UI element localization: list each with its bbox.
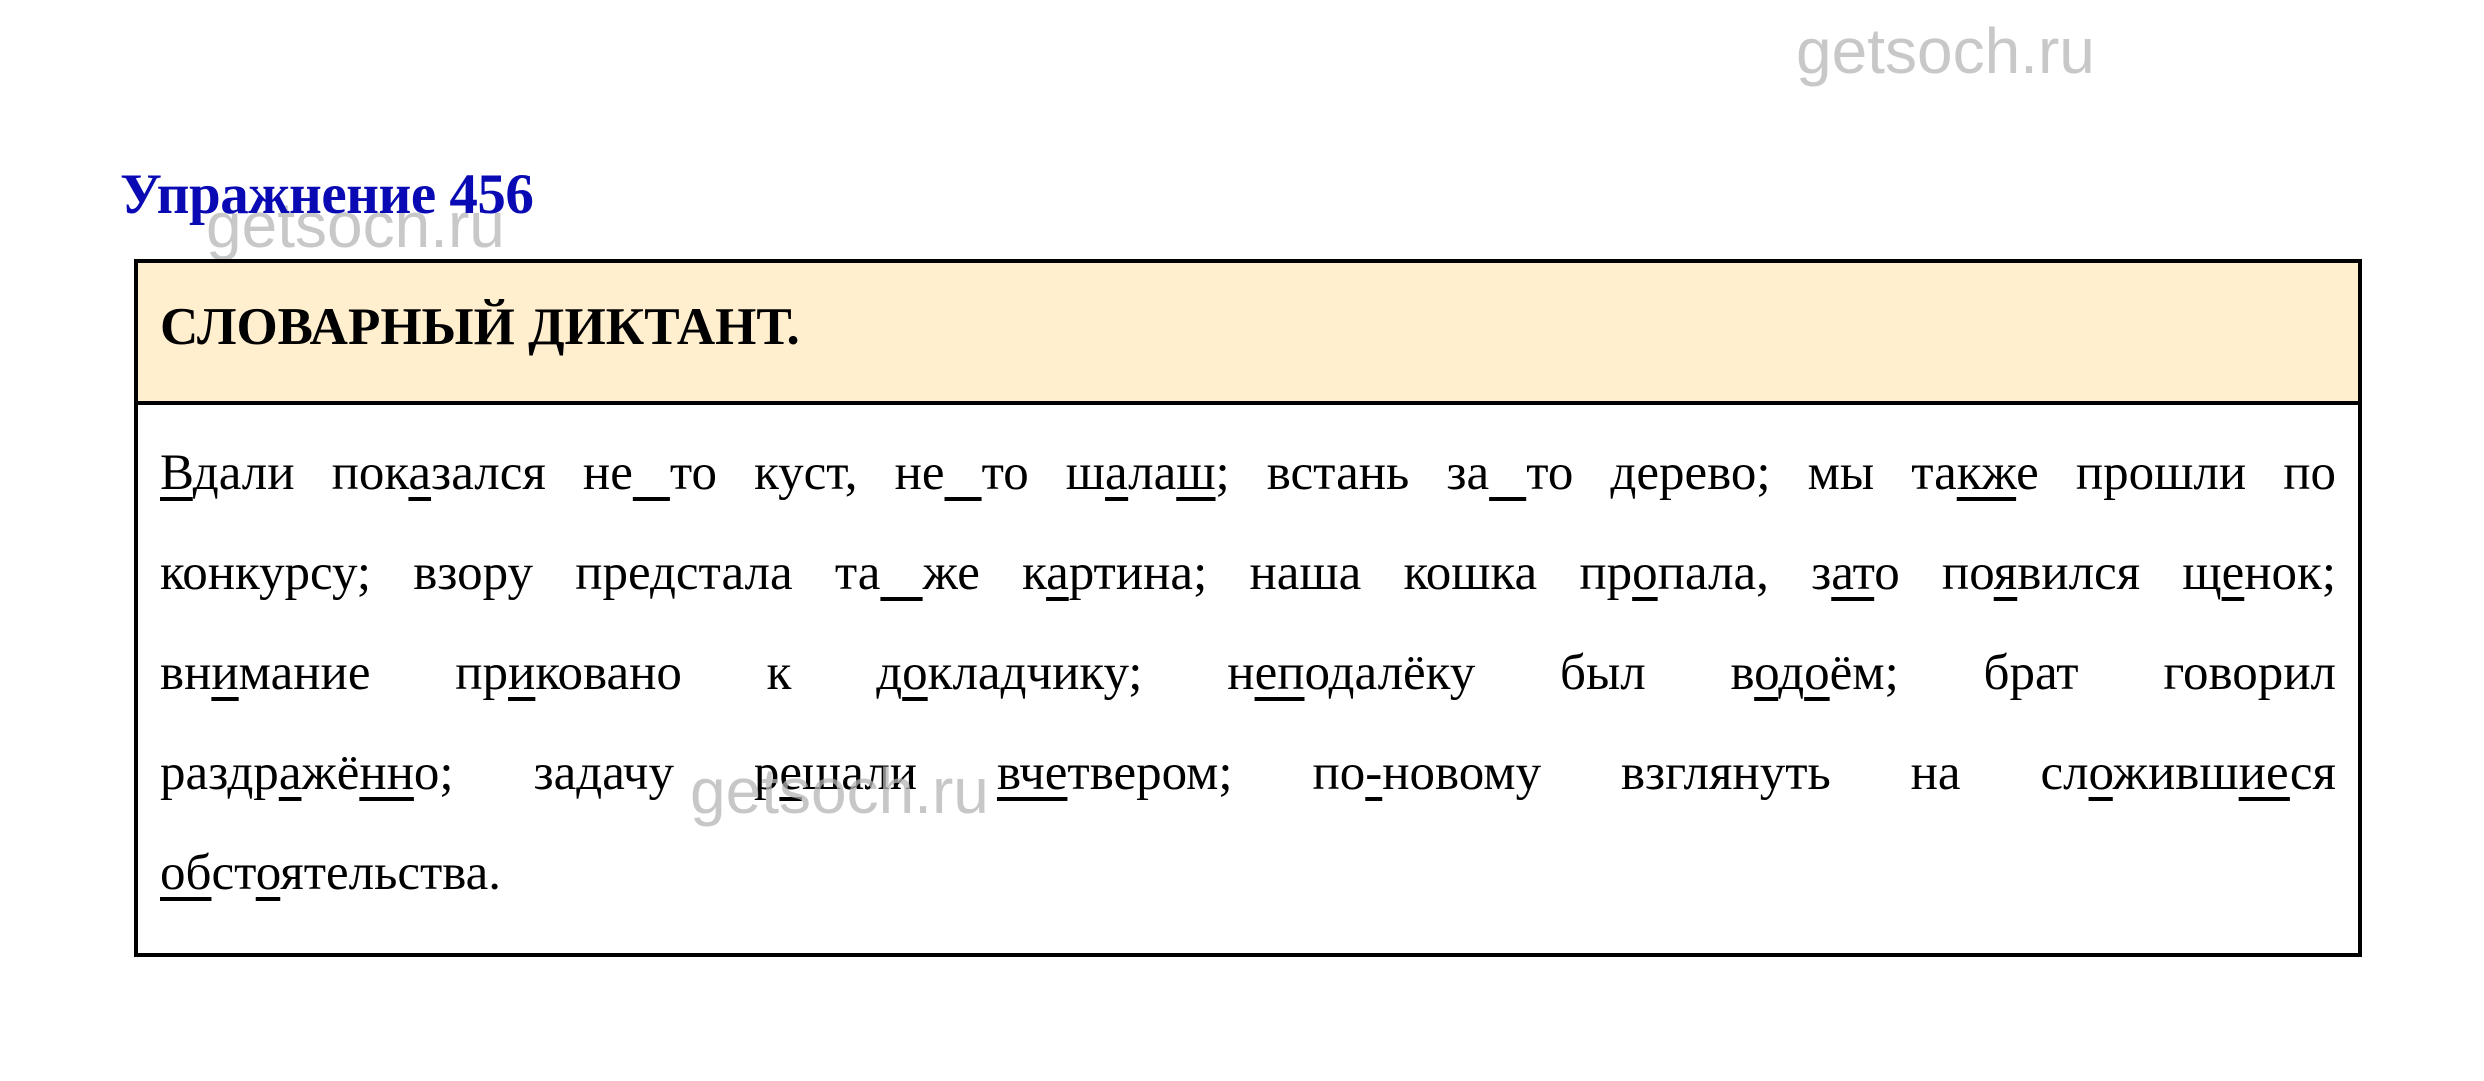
text-segment: ятельства. xyxy=(280,845,501,901)
orthogram-underline: о xyxy=(2089,745,2113,801)
orthogram-underline: о xyxy=(902,645,928,701)
text-segment: е прошли по xyxy=(2016,445,2336,501)
text-line: внимание приковано к докладчику; неподал… xyxy=(160,623,2336,723)
orthogram-underline: еп xyxy=(1255,645,1305,701)
orthogram-underline: кж xyxy=(1957,445,2016,501)
text-segment: ртина; наша кошка пр xyxy=(1069,545,1632,601)
orthogram-underline: В xyxy=(160,445,193,501)
orthogram-underline: ш xyxy=(1176,445,1215,501)
text-line: обстоятельства. xyxy=(160,823,2336,923)
text-segment: ковано к д xyxy=(535,645,902,701)
text-segment: ст xyxy=(211,845,255,901)
text-segment: д xyxy=(1778,645,1804,701)
text-segment: твером; по xyxy=(1067,745,1365,801)
text-segment: о по xyxy=(1874,545,1994,601)
text-segment: раздр xyxy=(160,745,279,801)
text-line: конкурсу; взору предстала та же картина;… xyxy=(160,523,2336,623)
orthogram-underline: о xyxy=(1804,645,1830,701)
text-segment: пала, з xyxy=(1658,545,1832,601)
text-segment: конкурсу; взору пре xyxy=(160,545,650,601)
text-line: раздражённо; задачу решали вчетвером; по… xyxy=(160,723,2336,823)
orthogram-underline: о xyxy=(256,845,281,901)
orthogram-underline: и xyxy=(211,645,238,701)
text-segment: о; задачу р xyxy=(414,745,779,801)
text-segment: новому взглянуть на сл xyxy=(1382,745,2088,801)
orthogram-underline: а xyxy=(1046,545,1069,601)
text-segment: дали пок xyxy=(193,445,409,501)
text-segment: кладчику; н xyxy=(928,645,1255,701)
text-line: Вдали показался не то куст, не то шалаш;… xyxy=(160,423,2336,523)
orthogram-underline: о xyxy=(1632,545,1658,601)
text-segment: мание пр xyxy=(239,645,508,701)
task-header-text: СЛОВАРНЫЙ ДИКТАНТ. xyxy=(160,295,800,359)
text-segment: жё xyxy=(301,745,359,801)
text-segment: нок; xyxy=(2244,545,2336,601)
task-box: СЛОВАРНЫЙ ДИКТАНТ. Вдали показался не то… xyxy=(134,259,2362,957)
orthogram-underline xyxy=(1489,445,1526,501)
orthogram-underline xyxy=(945,445,982,501)
text-segment: ; встань за xyxy=(1216,445,1490,501)
text-segment: то дерево; мы та xyxy=(1526,445,1957,501)
text-segment: живш xyxy=(2113,745,2239,801)
text-segment: же к xyxy=(923,545,1046,601)
text-segment: ём; брат говорил xyxy=(1830,645,2336,701)
orthogram-underline: вче xyxy=(997,745,1067,801)
orthogram-underline: я xyxy=(1994,545,2017,601)
text-segment: зался не xyxy=(431,445,633,501)
text-segment: вн xyxy=(160,645,211,701)
orthogram-underline: д xyxy=(650,545,676,601)
watermark-top: getsoch.ru xyxy=(1796,16,2095,86)
orthogram-underline: а xyxy=(408,445,431,501)
orthogram-underline: о xyxy=(1754,645,1778,701)
text-segment: ла xyxy=(1128,445,1176,501)
exercise-title: Упражнение 456 xyxy=(120,160,533,230)
orthogram-underline: а xyxy=(1105,445,1128,501)
orthogram-underline xyxy=(633,445,670,501)
text-segment: ся xyxy=(2290,745,2336,801)
orthogram-underline: е xyxy=(779,745,802,801)
text-segment: одалёку был в xyxy=(1305,645,1755,701)
orthogram-underline: об xyxy=(160,845,211,901)
text-segment: то ш xyxy=(982,445,1105,501)
orthogram-underline: ат xyxy=(1831,545,1874,601)
orthogram-underline: е xyxy=(2222,545,2245,601)
text-segment: то куст, не xyxy=(670,445,945,501)
orthogram-underline xyxy=(880,545,922,601)
text-segment: шали xyxy=(802,745,997,801)
orthogram-underline: и xyxy=(508,645,535,701)
orthogram-underline: нн xyxy=(359,745,414,801)
orthogram-underline: ие xyxy=(2239,745,2290,801)
text-segment: вился щ xyxy=(2017,545,2221,601)
orthogram-underline: - xyxy=(1365,745,1382,801)
text-segment: стала та xyxy=(676,545,881,601)
task-body: Вдали показался не то куст, не то шалаш;… xyxy=(160,423,2336,923)
orthogram-underline: а xyxy=(279,745,302,801)
task-header: СЛОВАРНЫЙ ДИКТАНТ. xyxy=(138,263,2358,405)
